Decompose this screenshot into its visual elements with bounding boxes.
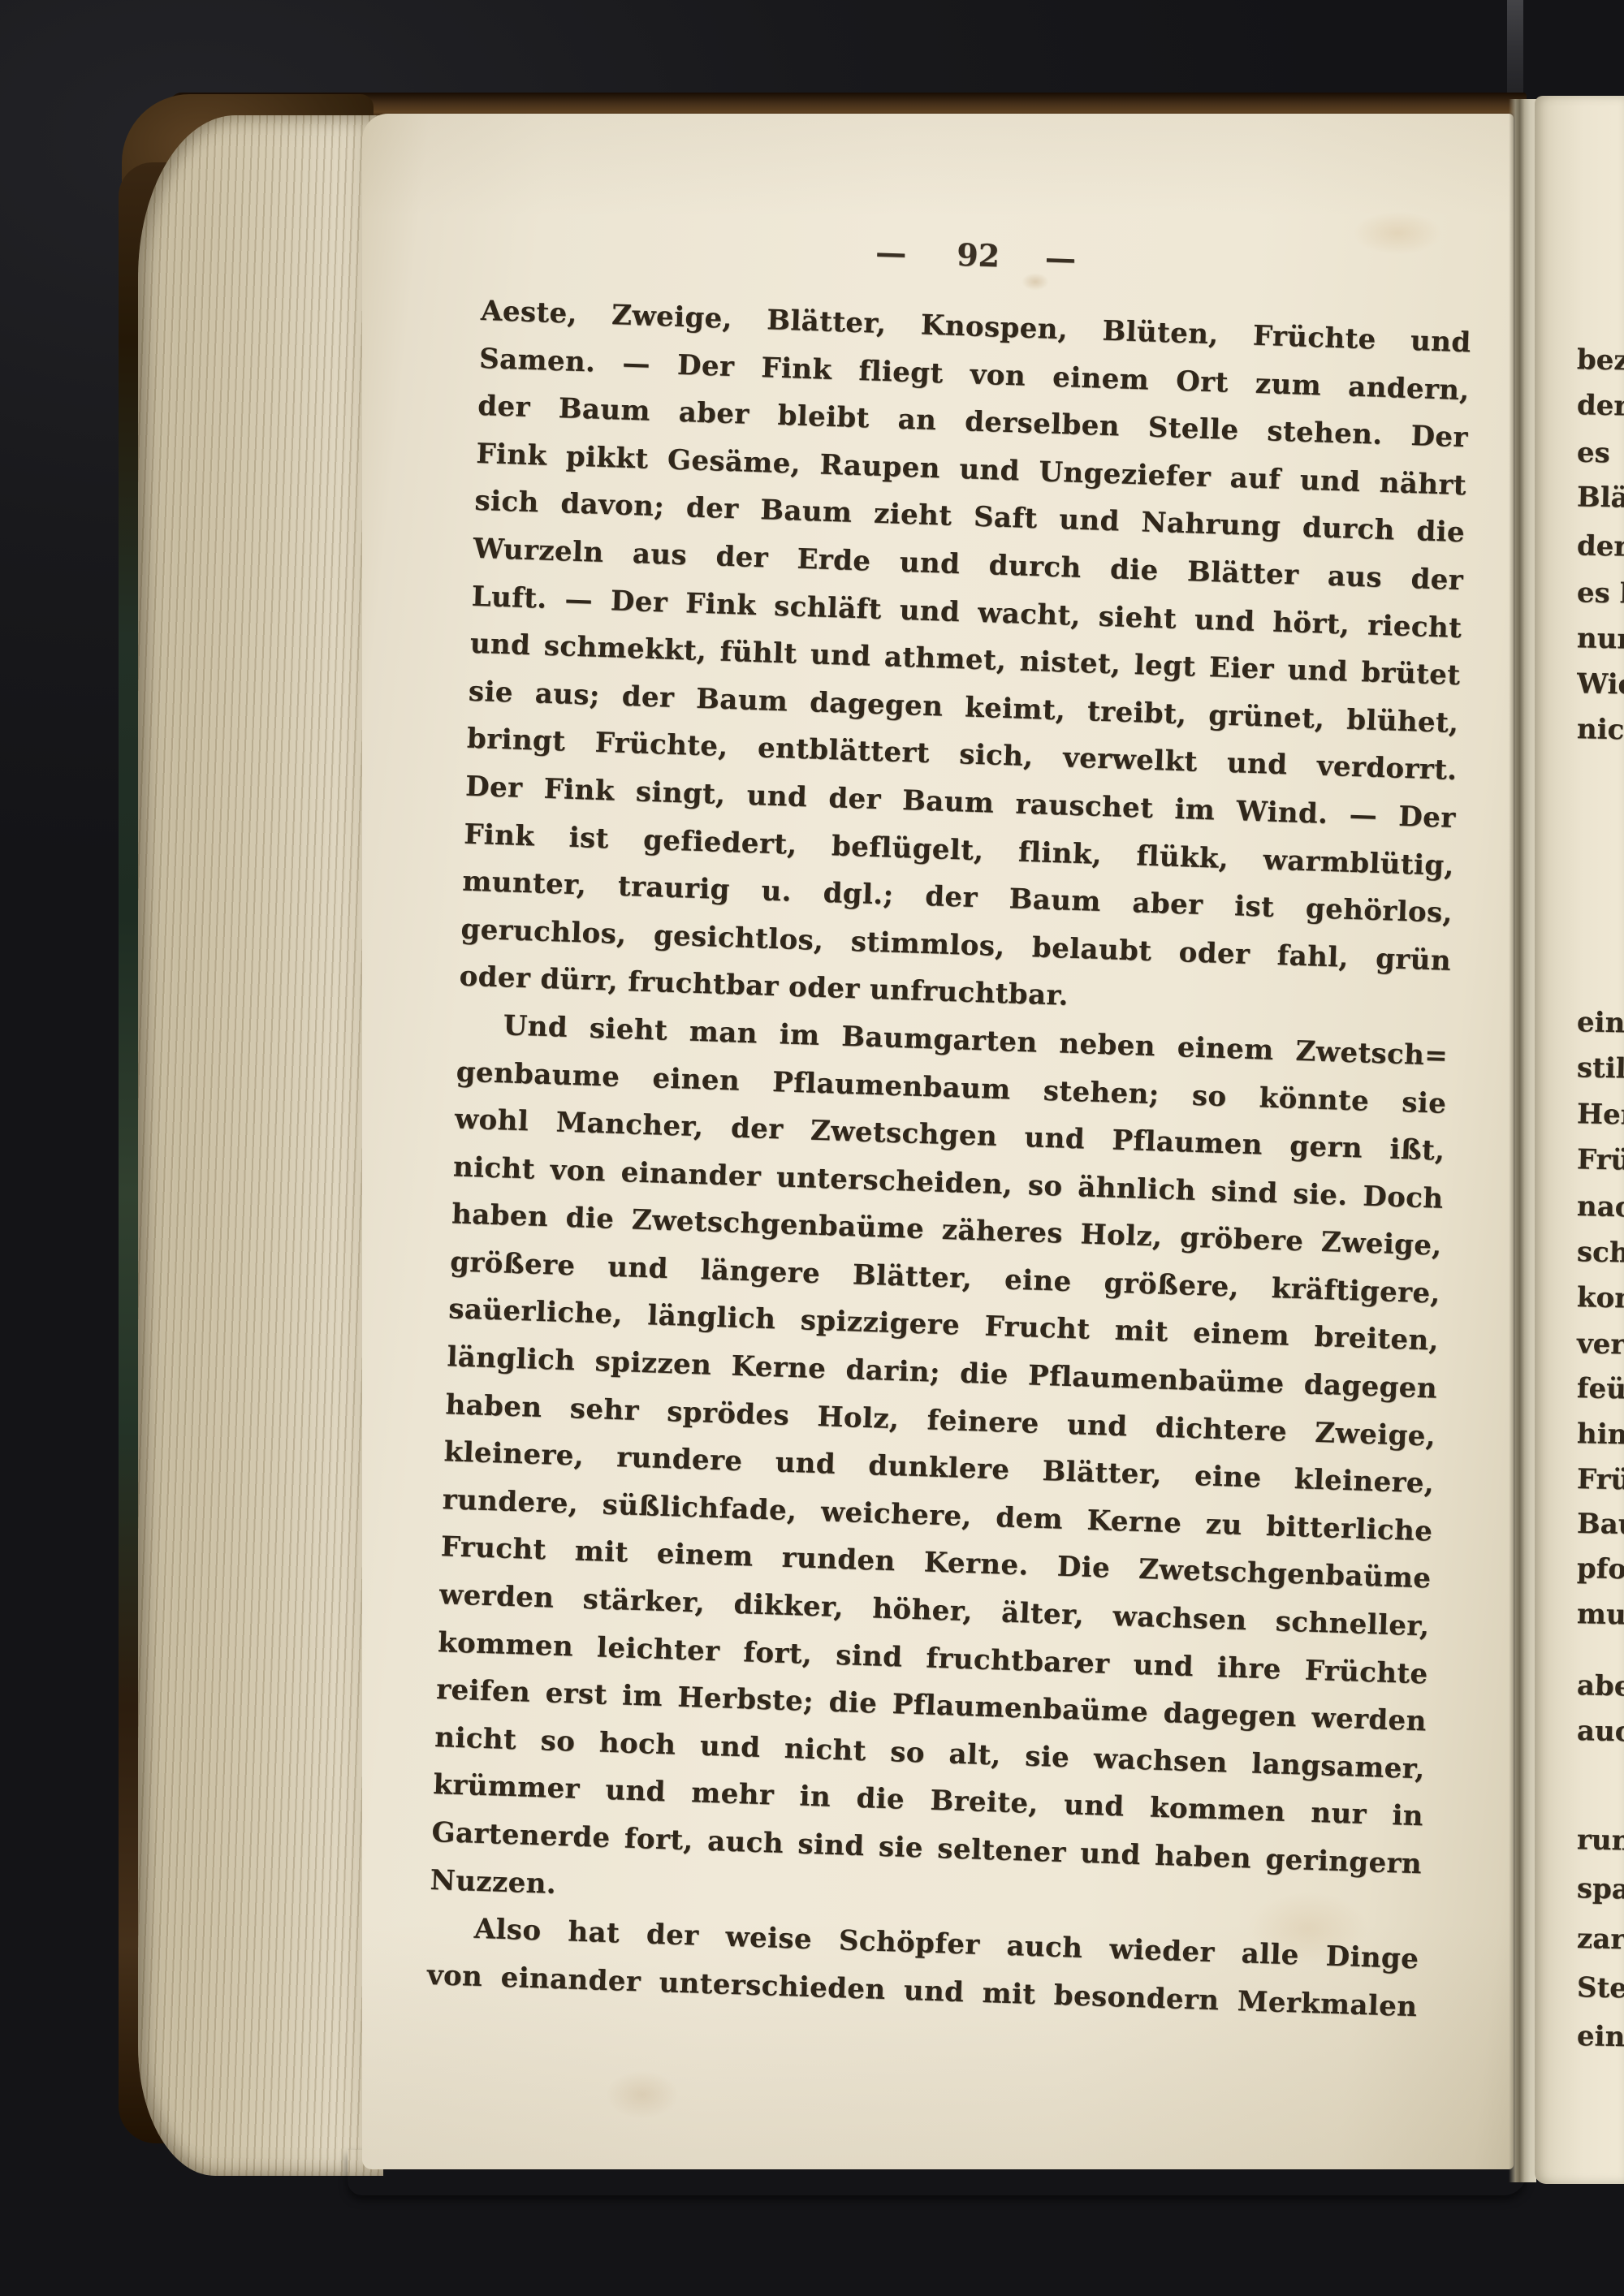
next-page-text-fragment: nur [1577,624,1624,653]
next-page-text-fragment: es k [1577,579,1624,608]
next-page-text-fragment: feür [1577,1375,1624,1404]
next-page-text-fragment: ein z [1577,2022,1624,2052]
next-page-text-fragment: ders [1577,391,1624,421]
next-page-text-fragment: eine [1577,1008,1624,1038]
next-page-text-fragment: schi [1577,1238,1624,1267]
page-block-fore-edge [138,115,383,2176]
next-page-text-fragment: nach [1577,1193,1624,1222]
book-page-right-edge: bezedersesBläderes knurWienicheinestillH… [1535,96,1624,2184]
next-page-text-fragment: Baum [1577,1510,1624,1539]
next-page-text-fragment: es [1577,439,1610,468]
next-page-text-fragment: muß [1577,1600,1624,1629]
foxing-stain [606,2070,679,2119]
next-page-text-fragment: Her [1577,1100,1624,1129]
next-page-text-fragment: hina [1577,1420,1624,1449]
next-page-text-fragment: run [1577,1826,1624,1854]
next-page-text-fragment: Wie [1577,670,1624,699]
next-page-text-fragment: kom [1577,1284,1624,1313]
book-page-left: — 92 — Aeste, Zweige, Blätter, Knospen, … [362,114,1514,2169]
next-page-text-fragment: spal [1577,1875,1624,1904]
next-page-text-fragment: pfort [1577,1555,1624,1584]
next-page-text-fragment: zarte [1577,1925,1624,1954]
spine-gap-highlight [1507,0,1523,107]
next-page-text-fragment: aber [1577,1672,1624,1701]
page-header: — 92 — [482,214,1474,295]
photo-backdrop: — 92 — Aeste, Zweige, Blätter, Knospen, … [0,0,1624,2296]
next-page-text-fragment: verf [1577,1330,1624,1359]
page-gutter-shadow [1509,99,1536,2182]
next-page-text-fragment: beze [1577,346,1624,375]
next-page-text-fragment: still [1577,1054,1624,1083]
page-paragraphs: Aeste, Zweige, Blätter, Knospen, Blüten,… [426,287,1471,2031]
next-page-text-fragment: Früh [1577,1465,1624,1495]
next-page-text-fragment: auch [1577,1717,1624,1746]
page-number: 92 [957,235,1000,274]
header-dash-left: — [875,233,912,270]
next-page-text-fragment: Frü [1577,1146,1624,1174]
page-text-block: — 92 — Aeste, Zweige, Blätter, Knospen, … [426,214,1474,2031]
next-page-text-fragment: nich [1577,715,1624,744]
next-page-text-fragment: Blä [1577,483,1624,511]
header-dash-right: — [1044,239,1081,276]
next-page-text-fragment: Sten [1577,1974,1624,2003]
next-page-text-fragment: der [1577,532,1624,560]
